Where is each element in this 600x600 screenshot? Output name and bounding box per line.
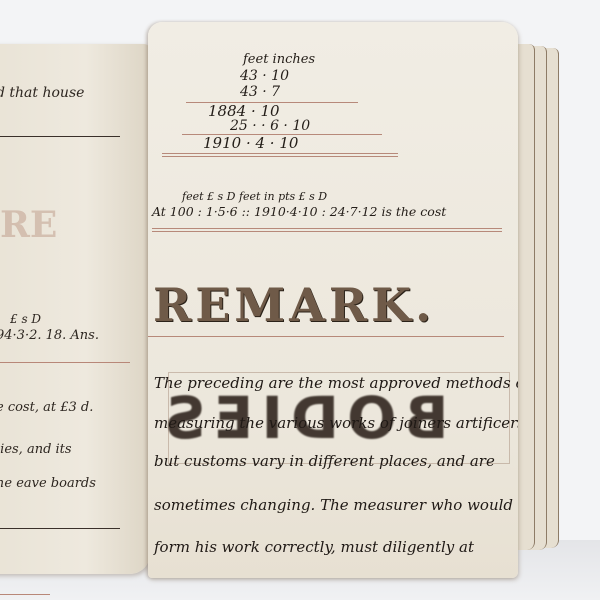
calc-rule bbox=[152, 228, 502, 229]
left-rule bbox=[0, 362, 130, 363]
right-page: feet inches 43 · 10 43 · 7 1884 · 10 25 … bbox=[148, 22, 518, 578]
left-text-line: e cost, at £3 d. bbox=[0, 400, 93, 415]
paragraph-line: form his work correctly, must diligently… bbox=[154, 538, 474, 556]
left-text-line: lies, and its bbox=[0, 442, 72, 457]
table-row: 25 · · 6 · 10 bbox=[230, 118, 310, 134]
table-header: feet inches bbox=[243, 52, 315, 67]
left-rule bbox=[0, 594, 50, 595]
table-row: 1910 · 4 · 10 bbox=[203, 134, 298, 152]
paragraph-line: but customs vary in different places, an… bbox=[154, 452, 495, 470]
left-text-line: 94·3·2. 18. Ans. bbox=[0, 328, 99, 343]
heading-rule bbox=[148, 336, 504, 337]
table-row: 43 · 10 bbox=[240, 68, 289, 84]
calc-line: At 100 : 1·5·6 :: 1910·4·10 : 24·7·12 is… bbox=[152, 204, 446, 219]
left-rule bbox=[0, 136, 120, 137]
table-rule bbox=[162, 153, 398, 154]
left-text-line: £ s D bbox=[10, 312, 41, 326]
bleed-through-text: RE bbox=[0, 204, 57, 246]
paragraph-line: measuring the various works of joiners a… bbox=[154, 414, 518, 432]
left-rule bbox=[0, 528, 120, 529]
table-rule bbox=[162, 156, 398, 157]
left-text-line: d that house bbox=[0, 85, 84, 101]
left-page: d that house RE £ s D 94·3·2. 18. Ans. e… bbox=[0, 44, 150, 574]
table-row: 43 · 7 bbox=[240, 84, 280, 100]
calc-header: feet £ s D feet in pts £ s D bbox=[182, 190, 327, 203]
remark-heading: REMARK. bbox=[153, 278, 435, 332]
paragraph-line: sometimes changing. The measurer who wou… bbox=[154, 496, 518, 514]
left-text-line: he eave boards bbox=[0, 476, 96, 491]
paragraph-line: The preceding are the most approved meth… bbox=[154, 374, 518, 392]
calc-rule bbox=[152, 231, 502, 232]
